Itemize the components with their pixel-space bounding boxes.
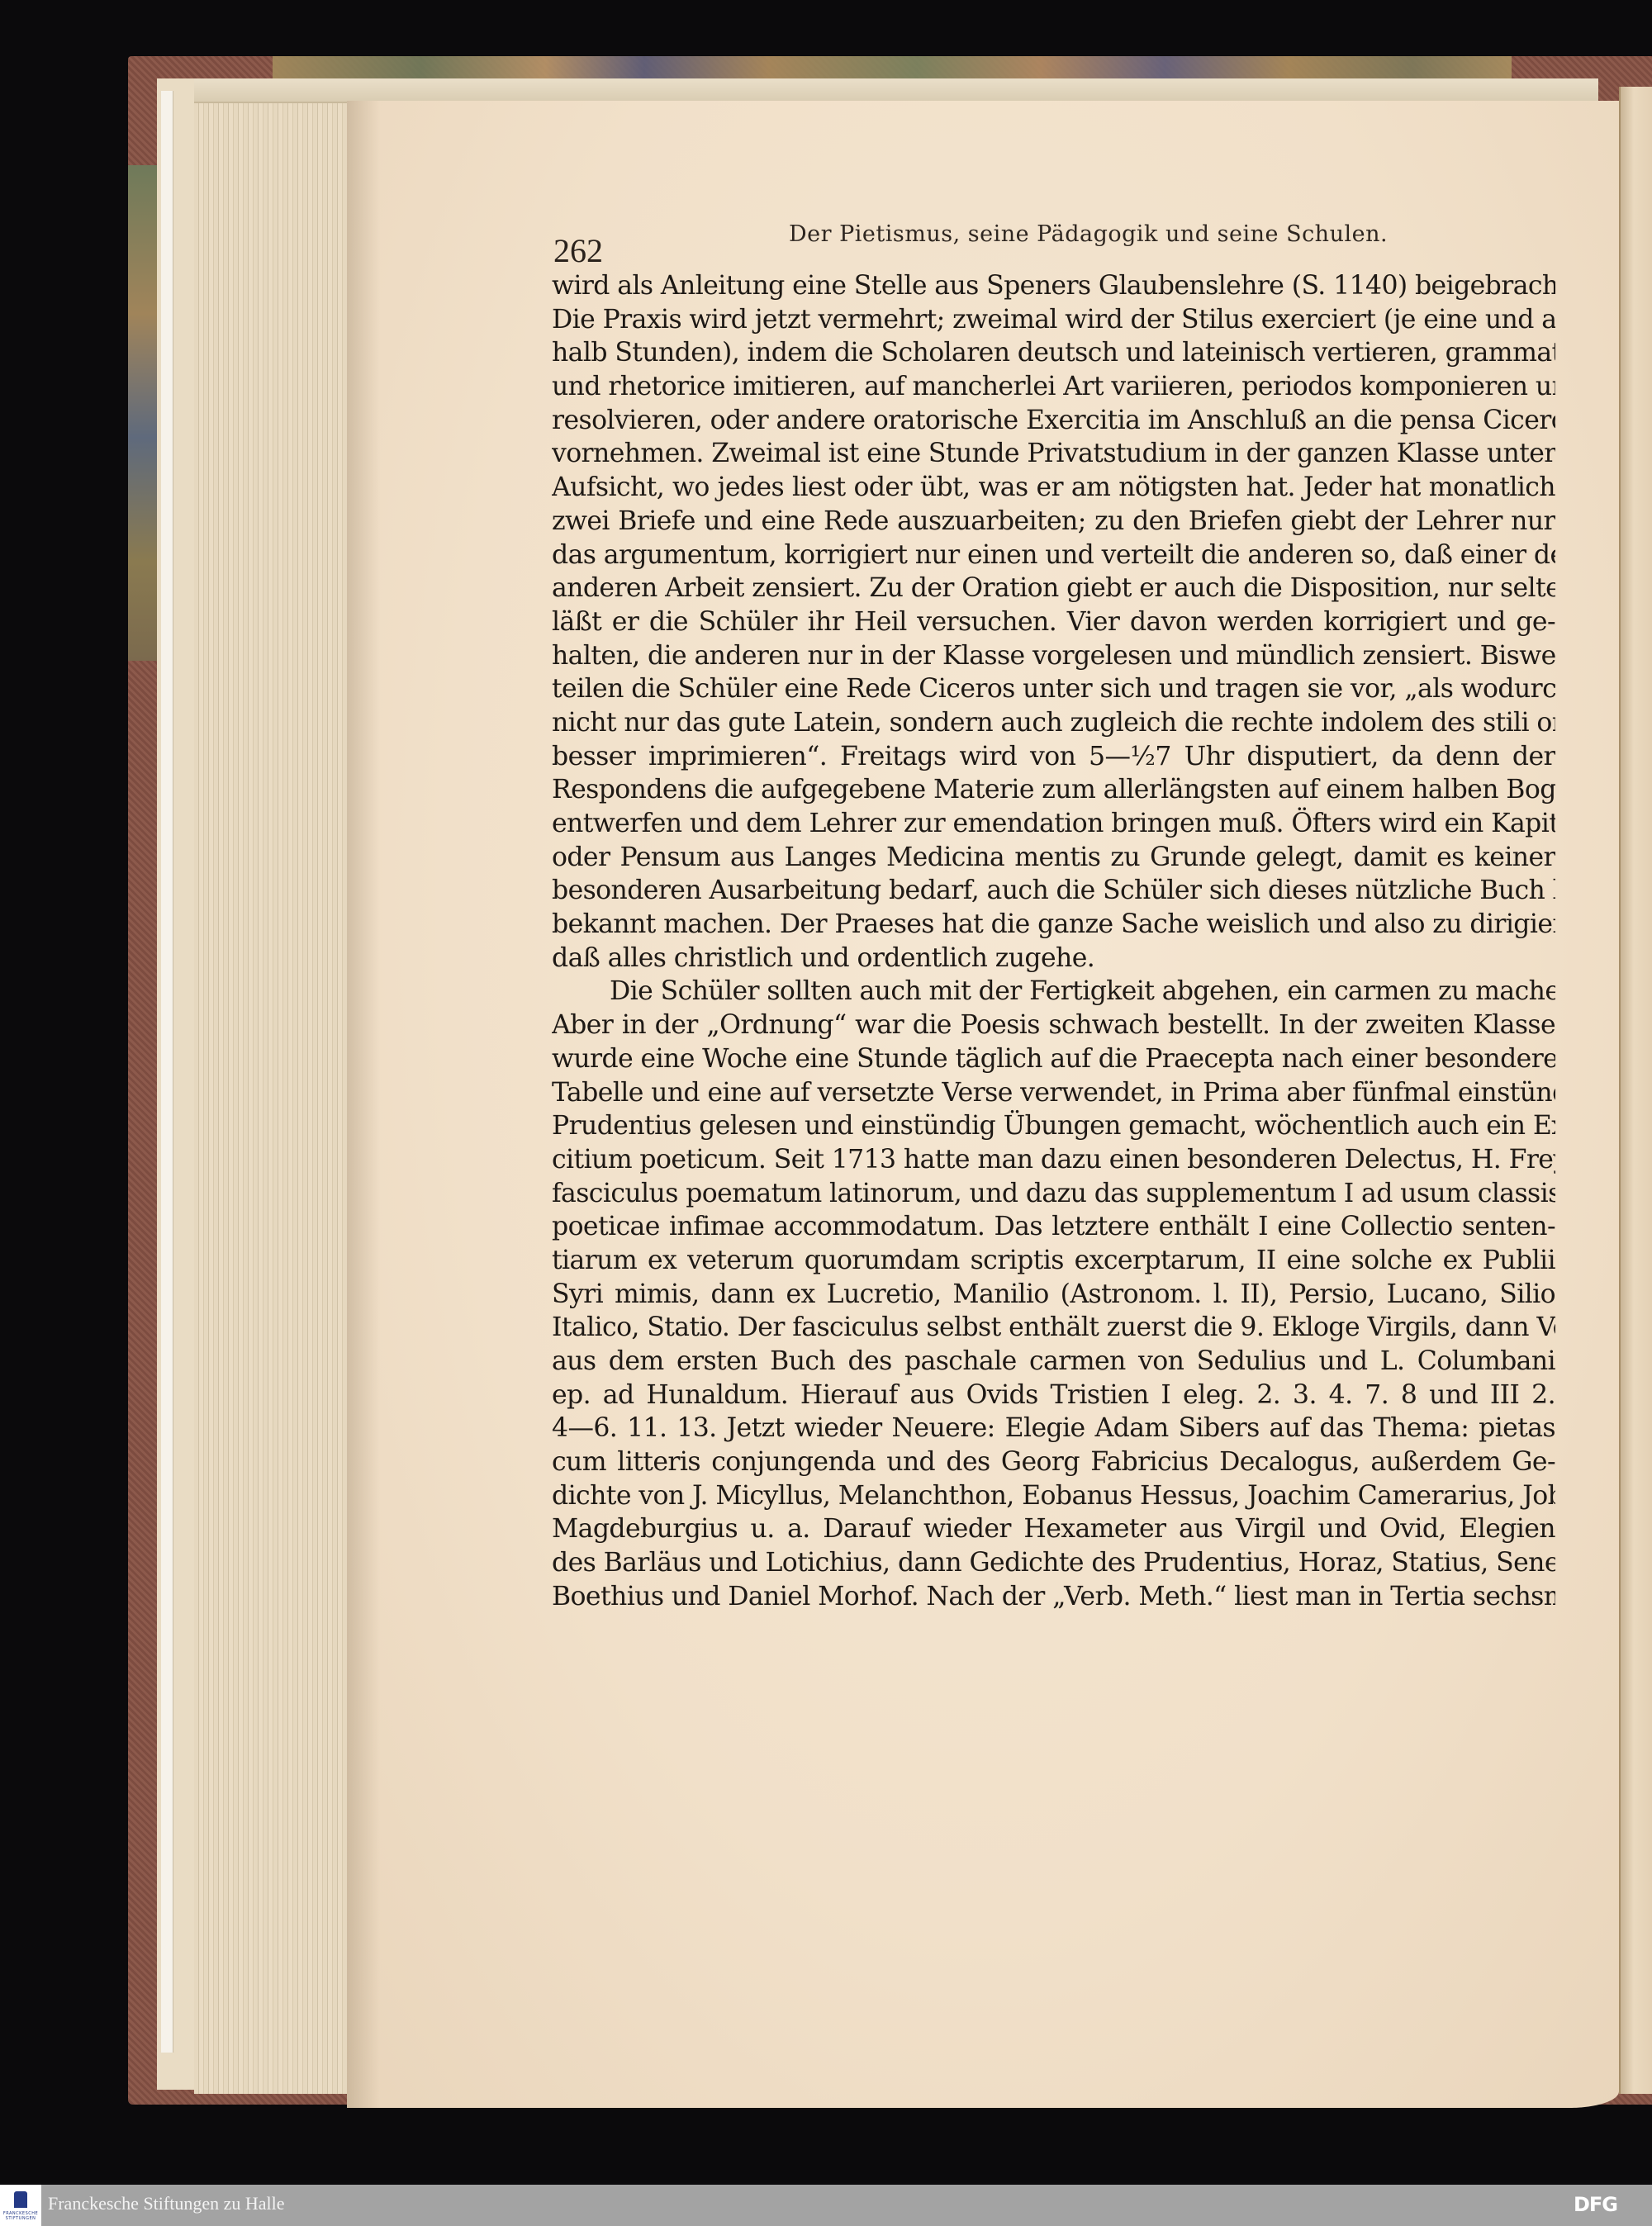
text-line-paragraph-end: daß alles christlich und ordentlich zuge…: [552, 942, 1555, 975]
text-line: dichte von J. Micyllus, Melanchthon, Eob…: [552, 1479, 1555, 1513]
text-line: besonderen Ausarbeitung bedarf, auch die…: [552, 874, 1555, 908]
text-line: fasciculus poematum latinorum, und dazu …: [552, 1177, 1555, 1211]
running-head: 262 Der Pietismus, seine Pädagogik und s…: [553, 221, 1553, 271]
text-line: wurde eine Woche eine Stunde täglich auf…: [552, 1042, 1555, 1076]
text-line: teilen die Schüler eine Rede Ciceros unt…: [552, 672, 1555, 706]
page-number: 262: [553, 231, 603, 270]
text-line: entwerfen und dem Lehrer zur emendation …: [552, 807, 1555, 841]
text-line: halten, die anderen nur in der Klasse vo…: [552, 639, 1555, 673]
text-line: tiarum ex veterum quorumdam scriptis exc…: [552, 1244, 1555, 1278]
text-line: cum litteris conjungenda und des Georg F…: [552, 1445, 1555, 1479]
text-line: Magdeburgius u. a. Darauf wieder Hexamet…: [552, 1512, 1555, 1546]
right-page-edge: [1619, 87, 1652, 2094]
text-line: und rhetorice imitieren, auf mancherlei …: [552, 370, 1555, 404]
text-line: zwei Briefe und eine Rede auszuarbeiten;…: [552, 505, 1555, 539]
text-line: besser imprimieren“. Freitags wird von 5…: [552, 740, 1555, 774]
text-line: halb Stunden), indem die Scholaren deuts…: [552, 336, 1555, 370]
text-line: poeticae infimae accommodatum. Das letzt…: [552, 1210, 1555, 1244]
text-line: Boethius und Daniel Morhof. Nach der „Ve…: [552, 1580, 1555, 1614]
text-line: Prudentius gelesen und einstündig Übunge…: [552, 1109, 1555, 1143]
marbled-edge-left: [128, 165, 161, 661]
text-line: Aufsicht, wo jedes liest oder übt, was e…: [552, 471, 1555, 505]
institution-name[interactable]: Franckesche Stiftungen zu Halle: [48, 2193, 285, 2214]
text-line: bekannt machen. Der Praeses hat die ganz…: [552, 908, 1555, 942]
text-line: das argumentum, korrigiert nur einen und…: [552, 539, 1555, 572]
text-line: resolvieren, oder andere oratorische Exe…: [552, 404, 1555, 438]
text-line: wird als Anleitung eine Stelle aus Spene…: [552, 269, 1555, 303]
text-line: anderen Arbeit zensiert. Zu der Oration …: [552, 572, 1555, 605]
text-line: ep. ad Hunaldum. Hierauf aus Ovids Trist…: [552, 1379, 1555, 1412]
text-line: läßt er die Schüler ihr Heil versuchen. …: [552, 605, 1555, 639]
text-line: citium poeticum. Seit 1713 hatte man daz…: [552, 1143, 1555, 1177]
text-line: nicht nur das gute Latein, sondern auch …: [552, 706, 1555, 740]
text-line: Tabelle und eine auf versetzte Verse ver…: [552, 1076, 1555, 1110]
text-line: Respondens die aufgegebene Materie zum a…: [552, 773, 1555, 807]
text-line: des Barläus und Lotichius, dann Gedichte…: [552, 1546, 1555, 1580]
body-text: wird als Anleitung eine Stelle aus Spene…: [552, 269, 1555, 1614]
text-line: 4—6. 11. 13. Jetzt wieder Neuere: Elegie…: [552, 1412, 1555, 1445]
text-line: Syri mimis, dann ex Lucretio, Manilio (A…: [552, 1278, 1555, 1312]
logo-caption: FRANCKESCHE STIFTUNGEN: [2, 2211, 39, 2221]
page-edges-stack: [194, 99, 349, 2094]
gutter-shadow: [347, 101, 380, 2108]
dfg-logo-icon[interactable]: DFG: [1574, 2193, 1617, 2216]
top-page-band: [194, 78, 1598, 103]
franckesche-stiftungen-logo-icon[interactable]: FRANCKESCHE STIFTUNGEN: [0, 2185, 41, 2226]
logo-figure-icon: [14, 2191, 27, 2208]
text-line: Aber in der „Ordnung“ war die Poesis sch…: [552, 1009, 1555, 1042]
text-line: oder Pensum aus Langes Medicina mentis z…: [552, 841, 1555, 875]
running-head-title: Der Pietismus, seine Pädagogik und seine…: [789, 221, 1388, 247]
white-flyleaf: [161, 91, 173, 2053]
text-line: Die Praxis wird jetzt vermehrt; zweimal …: [552, 303, 1555, 337]
text-line: aus dem ersten Buch des paschale carmen …: [552, 1345, 1555, 1379]
viewer-footer-bar: FRANCKESCHE STIFTUNGEN Franckesche Stift…: [0, 2185, 1652, 2226]
text-line-paragraph-start: Die Schüler sollten auch mit der Fertigk…: [552, 975, 1555, 1009]
text-line: vornehmen. Zweimal ist eine Stunde Priva…: [552, 437, 1555, 471]
marbled-edge-top: [273, 56, 1512, 81]
text-line: Italico, Statio. Der fasciculus selbst e…: [552, 1311, 1555, 1345]
